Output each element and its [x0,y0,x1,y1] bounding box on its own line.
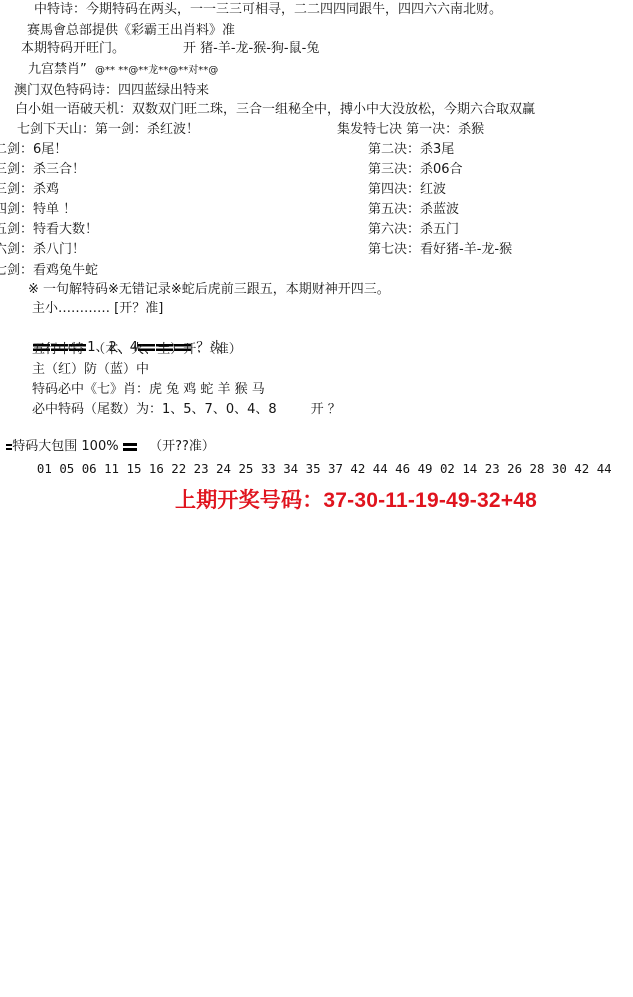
must-tail-line: 必中特码（尾数）为：1、5、7、0、4、8开 ？ [32,401,341,419]
sword-item: 四剑：特单 ！ [0,201,76,219]
seven-swords-title: 七剑下天山：第一剑：杀红波！ [17,121,199,139]
sword-item: 五剑：特看大数！ [0,221,98,239]
number-list: 01 05 06 11 15 16 22 23 24 25 33 34 35 3… [22,442,612,460]
tip-item: 第七决：看好猪-羊-龙-猴 [368,241,512,259]
last-draw-results: 上期开奖号码：37-30-11-19-49-32+48 [175,484,537,514]
open-zodiacs: 猪-羊-龙-猴-狗-鼠-兔 [200,41,319,56]
tip-item: 第六决：杀五门 [368,221,459,239]
macau-poem: 澳门双色特码诗：四四蓝绿出特来 [14,82,209,100]
head-line: 1、2、4 ？头 [25,321,222,339]
provider-line: 赛馬會总部提供《彩霸王出肖料》准 [27,22,235,40]
sword-item: 二剑：6尾！ [0,141,67,159]
nine-palace-label: 九宫禁肖” [28,62,87,77]
main-small-line: 主小………… [开？准] [32,300,163,318]
tip-item: 第五决：杀蓝波 [368,201,459,219]
sword-item: 七剑：看鸡兔牛蛇 [0,262,98,280]
must-tail-open: 开 ？ [311,402,341,417]
open-label: 开 [183,41,196,56]
sword-item: 六剑：杀八门！ [0,241,85,259]
nine-palace-line: 九宫禁肖” @** **@**龙**@**对**@ [28,61,218,79]
gate-text: 本期特码开旺门。 [21,41,125,56]
tip-item: 第四决：红波 [368,181,446,199]
poem-special: 中特诗：今期特码在两头，一一三三可相寻，二二四四同跟牛，四四六六南北财。 [34,1,502,19]
gate-line: 本期特码开旺门。开 猪-羊-龙-猴-狗-鼠-兔 [21,40,319,58]
riddle-line: ※ 一句解特码※无错记录※蛇后虎前三跟五，本期财神开四三。 [28,281,390,299]
must-zodiac-line: 特码必中《七》肖：虎 兔 鸡 蛇 羊 猴 马 [32,381,265,399]
tip-item: 第二决：杀3尾 [368,141,454,159]
nine-palace-code: @** **@**龙**@**对**@ [95,65,218,76]
five-elements-line: 五行中特 （木、火、土）开：（准） [32,341,242,359]
seven-tips-title: 集发特七决 第一决：杀猴 [337,121,484,139]
big-cover-line: 特码大包围 100% （开??准） [0,420,215,438]
miss-bai-line: 白小姐一语破天机：双数双门旺二珠，三合一组秘全中，搏小中大没放松，今期六合取双赢 [15,101,535,119]
main-color-line: 主（红）防（蓝）中 [32,361,149,379]
sword-item: 三剑：杀三合！ [0,161,85,179]
sword-item: 三剑：杀鸡 [0,181,59,199]
must-tail-text: 必中特码（尾数）为：1、5、7、0、4、8 [32,402,277,417]
tip-item: 第三决：杀06合 [368,161,463,179]
